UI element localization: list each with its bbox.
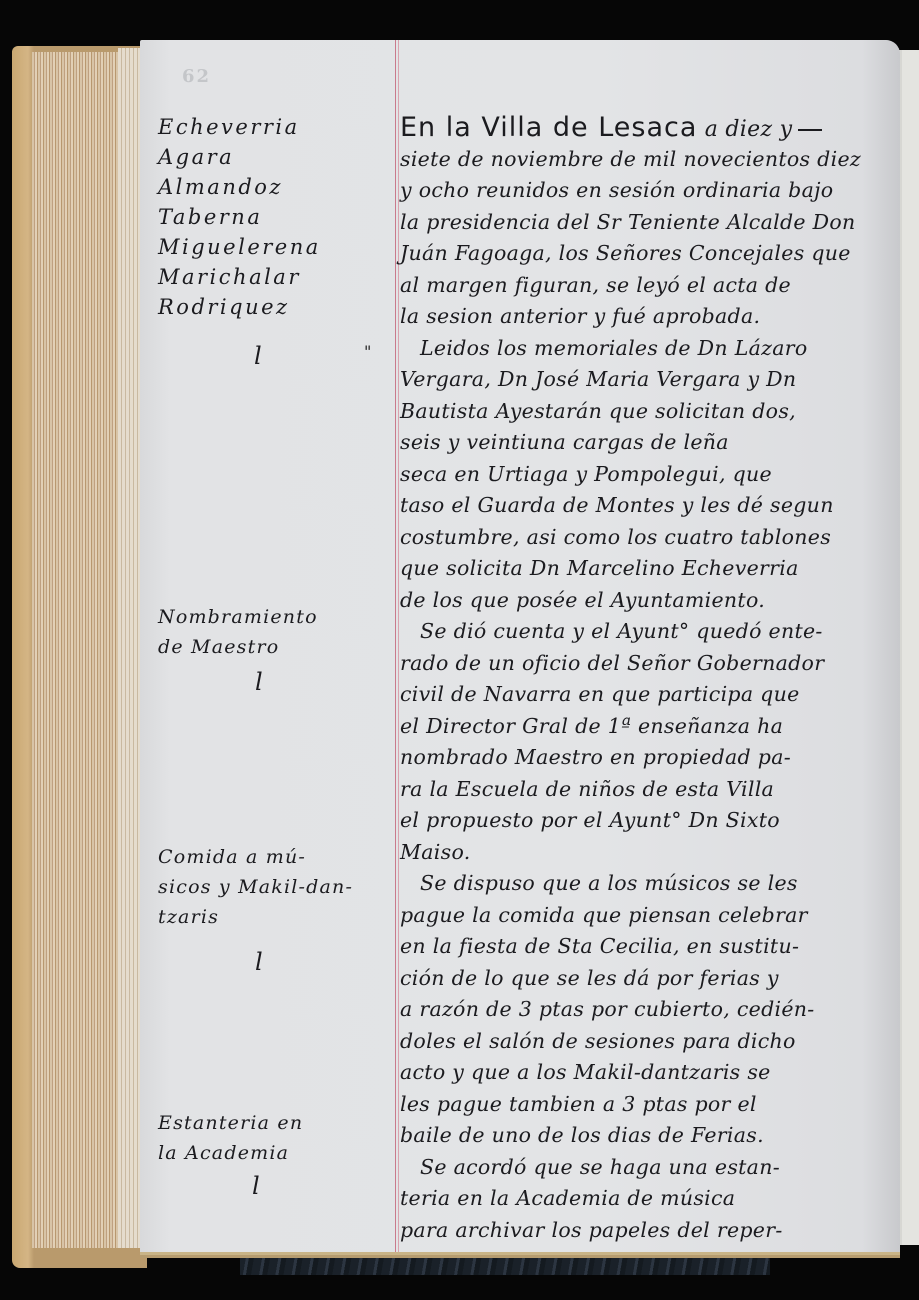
text-line: doles el salón de sesiones para dicho (400, 1026, 895, 1058)
margin-rule (395, 40, 396, 1252)
text-line: el propuesto por el Ayunt° Dn Sixto (400, 805, 895, 837)
margin-note-line: sicos y Makil-dan- (158, 872, 383, 902)
text-line: ra la Escuela de niños de esta Villa (400, 774, 895, 806)
text-line: civil de Navarra en que participa que (400, 679, 895, 711)
margin-note-line: Estanteria en (158, 1108, 383, 1138)
attendee-name: Marichalar (158, 262, 383, 292)
text-line: pague la comida que piensan celebrar (400, 900, 895, 932)
attendee-list: Echeverria Agara Almandoz Taberna Miguel… (158, 112, 383, 322)
margin-note-comida: Comida a mú- sicos y Makil-dan- tzaris (158, 842, 383, 932)
ditto-mark: " (364, 342, 371, 361)
text-line: acto y que a los Makil-dantzaris se (400, 1057, 895, 1089)
text-line: taso el Guarda de Montes y les dé segun (400, 490, 895, 522)
heading-title: En la Villa de Lesaca (400, 112, 697, 143)
text-line: Se acordó que se haga una estan- (400, 1152, 895, 1184)
text-line: y ocho reunidos en sesión ordinaria bajo (400, 175, 895, 207)
paragraph-musicos: Se dispuso que a los músicos se les pagu… (400, 868, 895, 1152)
attendees-mark: l (254, 342, 262, 370)
margin-note-estanteria: Estanteria en la Academia (158, 1108, 383, 1168)
text-line: baile de uno de los dias de Ferias. (400, 1120, 895, 1152)
paragraph-memoriales: Leidos los memoriales de Dn Lázaro Verga… (400, 333, 895, 617)
text-line: Maiso. (400, 837, 895, 869)
margin-note-nombramiento: Nombramiento de Maestro (158, 602, 383, 662)
margin-note-line: Nombramiento (158, 602, 383, 632)
heading-line: En la Villa de Lesaca a diez y (400, 112, 895, 144)
text-line: Vergara, Dn José Maria Vergara y Dn (400, 364, 895, 396)
text-line: al margen figuran, se leyó el acta de (400, 270, 895, 302)
attendee-name: Miguelerena (158, 232, 383, 262)
text-line: teria en la Academia de música (400, 1183, 895, 1215)
paragraph-estanteria: Se acordó que se haga una estan- teria e… (400, 1152, 895, 1247)
margin-note-line: de Maestro (158, 632, 383, 662)
line-filler-dash (798, 129, 822, 131)
text-line: seca en Urtiaga y Pompolegui, que (400, 459, 895, 491)
margin-note-line: tzaris (158, 902, 383, 932)
text-line: el Director Gral de 1ª enseñanza ha (400, 711, 895, 743)
text-line: les pague tambien a 3 ptas por el (400, 1089, 895, 1121)
text-line: nombrado Maestro en propiedad pa- (400, 742, 895, 774)
paragraph-opening: siete de noviembre de mil novecientos di… (400, 144, 895, 333)
text-line: costumbre, asi como los cuatro tablones (400, 522, 895, 554)
margin-note-mark: l (255, 668, 263, 696)
text-line: Bautista Ayestarán que solicitan dos, (400, 396, 895, 428)
page-number: 62 (182, 66, 211, 87)
text-line: a razón de 3 ptas por cubierto, cedién- (400, 994, 895, 1026)
text-line: la presidencia del Sr Teniente Alcalde D… (400, 207, 895, 239)
margin-note-line: Comida a mú- (158, 842, 383, 872)
heading-rest: a diez y (705, 117, 793, 142)
attendee-name: Echeverria (158, 112, 383, 142)
text-line: que solicita Dn Marcelino Echeverria (400, 553, 895, 585)
text-line: seis y veintiuna cargas de leña (400, 427, 895, 459)
attendee-name: Taberna (158, 202, 383, 232)
margin-note-mark: l (252, 1172, 260, 1200)
page-right-edge (897, 50, 919, 1245)
minutes-body: En la Villa de Lesaca a diez y siete de … (400, 112, 895, 1246)
text-line: de los que posée el Ayuntamiento. (400, 585, 895, 617)
margin-note-mark: l (255, 948, 263, 976)
text-line: Juán Fagoaga, los Señores Concejales que (400, 238, 895, 270)
text-line: rado de un oficio del Señor Gobernador (400, 648, 895, 680)
text-line: siete de noviembre de mil novecientos di… (400, 144, 895, 176)
attendee-name: Agara (158, 142, 383, 172)
text-line: ción de lo que se les dá por ferias y (400, 963, 895, 995)
margin-rule-secondary (398, 40, 399, 1252)
attendee-name: Almandoz (158, 172, 383, 202)
text-line: Se dió cuenta y el Ayunt° quedó ente- (400, 616, 895, 648)
margin-note-line: la Academia (158, 1138, 383, 1168)
text-line: para archivar los papeles del reper- (400, 1215, 895, 1247)
paragraph-maestro: Se dió cuenta y el Ayunt° quedó ente- ra… (400, 616, 895, 868)
text-line: en la fiesta de Sta Cecilia, en sustitu- (400, 931, 895, 963)
text-line: Se dispuso que a los músicos se les (400, 868, 895, 900)
text-line: la sesion anterior y fué aprobada. (400, 301, 895, 333)
attendee-name: Rodriquez (158, 292, 383, 322)
text-line: Leidos los memoriales de Dn Lázaro (400, 333, 895, 365)
